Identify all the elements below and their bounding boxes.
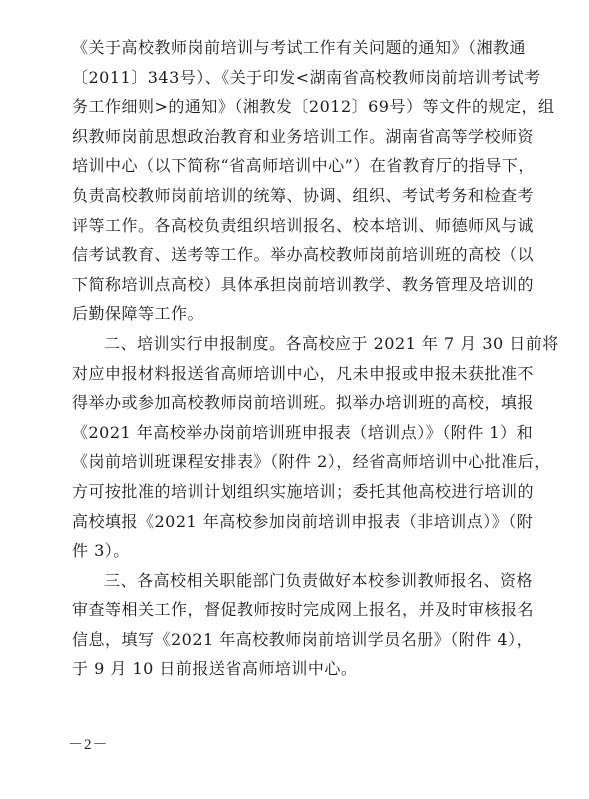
text-line: 得举办或参加高校教师岗前培训班。拟举办培训班的高校，填报 [72, 388, 524, 418]
text-line: 二、培训实行申报制度。各高校应于 2021 年 7 月 30 日前将 [72, 329, 524, 359]
text-line: 信考试教育、送考等工作。举办高校教师岗前培训班的高校（以 [72, 240, 524, 270]
document-page: 《关于高校教师岗前培训与考试工作有关问题的通知》（湘教通 〔2011〕343号）… [0, 0, 589, 799]
text-line: 高校填报《2021 年高校参加岗前培训申报表（非培训点）》（附 [72, 507, 524, 537]
paragraph-2-application-system: 二、培训实行申报制度。各高校应于 2021 年 7 月 30 日前将 对应申报材… [72, 329, 524, 566]
text-line: 培训中心（以下简称“省高师培训中心”）在省教育厅的指导下， [72, 151, 524, 181]
text-line: 务工作细则>的通知》（湘教发〔2012〕69号）等文件的规定，组 [72, 92, 524, 122]
text-line: 评等工作。各高校负责组织培训报名、校本培训、师德师风与诚 [72, 211, 524, 241]
paragraph-1: 《关于高校教师岗前培训与考试工作有关问题的通知》（湘教通 〔2011〕343号）… [72, 33, 524, 329]
text-line: 《关于高校教师岗前培训与考试工作有关问题的通知》（湘教通 [72, 33, 524, 63]
text-line: 件 3）。 [72, 536, 524, 566]
text-line: 《岗前培训班课程安排表》（附件 2），经省高师培训中心批准后， [72, 447, 524, 477]
document-body: 《关于高校教师岗前培训与考试工作有关问题的通知》（湘教通 〔2011〕343号）… [72, 33, 524, 684]
page-number: －2－ [68, 733, 109, 754]
text-line: 织教师岗前思想政治教育和业务培训工作。湖南省高等学校师资 [72, 122, 524, 152]
paragraph-3-registration: 三、各高校相关职能部门负责做好本校参训教师报名、资格 审查等相关工作，督促教师按… [72, 566, 524, 684]
text-line: 《2021 年高校举办岗前培训班申报表（培训点）》（附件 1）和 [72, 418, 524, 448]
text-line: 方可按批准的培训计划组织实施培训；委托其他高校进行培训的 [72, 477, 524, 507]
text-line: 负责高校教师岗前培训的统筹、协调、组织、考试考务和检查考 [72, 181, 524, 211]
text-line: 于 9 月 10 日前报送省高师培训中心。 [72, 654, 524, 684]
text-line: 下简称培训点高校）具体承担岗前培训教学、教务管理及培训的 [72, 270, 524, 300]
text-line: 〔2011〕343号）、《关于印发<湖南省高校教师岗前培训考试考 [72, 63, 524, 93]
text-line: 信息，填写《2021 年高校教师岗前培训学员名册》（附件 4）， [72, 625, 524, 655]
text-line: 三、各高校相关职能部门负责做好本校参训教师报名、资格 [72, 566, 524, 596]
text-line: 对应申报材料报送省高师培训中心，凡未申报或申报未获批准不 [72, 359, 524, 389]
text-line: 后勤保障等工作。 [72, 299, 524, 329]
text-line: 审查等相关工作，督促教师按时完成网上报名，并及时审核报名 [72, 595, 524, 625]
